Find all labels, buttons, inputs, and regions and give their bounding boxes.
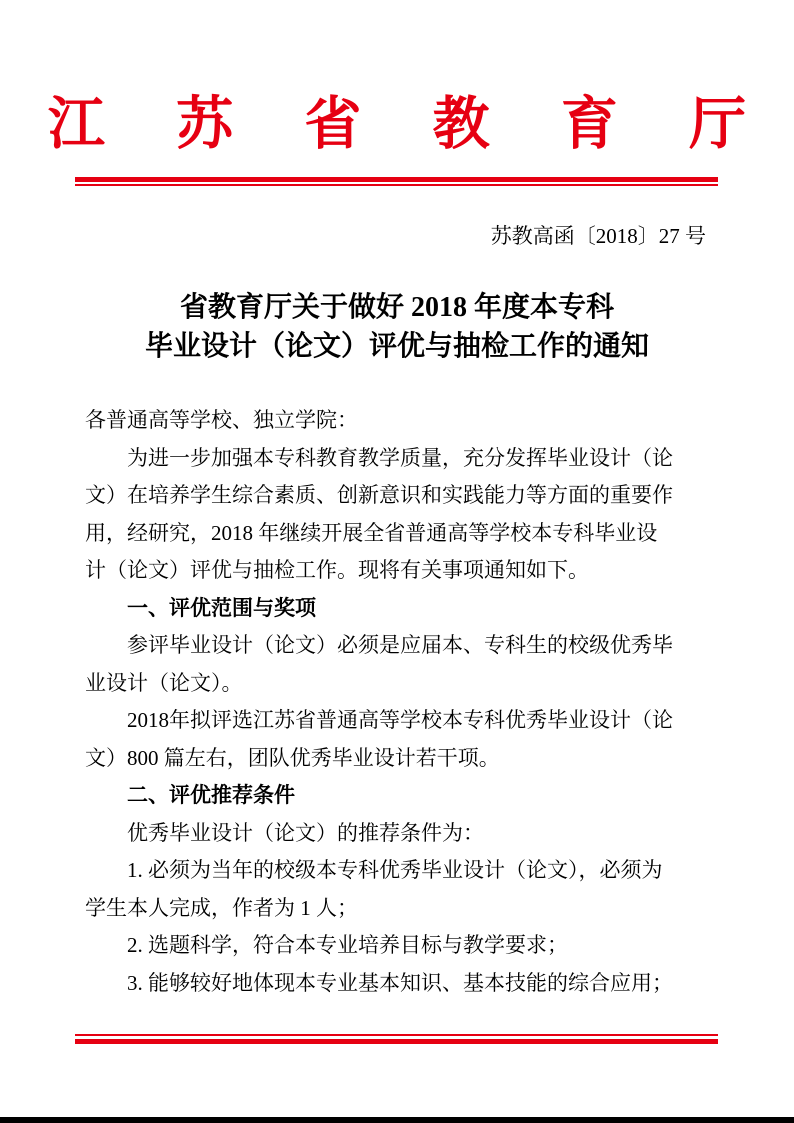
body-line: 文）800 篇左右，团队优秀毕业设计若干项。 bbox=[85, 740, 713, 778]
header-double-rule bbox=[75, 177, 718, 186]
body-line: 2018年拟评选江苏省普通高等学校本专科优秀毕业设计（论 bbox=[85, 702, 713, 740]
footer-double-rule bbox=[75, 1034, 718, 1044]
body-line: 用，经研究，2018 年继续开展全省普通高等学校本专科毕业设 bbox=[85, 515, 713, 553]
document-title-line-1: 省教育厅关于做好 2018 年度本专科 bbox=[0, 288, 794, 327]
document-page: 江 苏 省 教 育 厅 苏教高函〔2018〕27 号 省教育厅关于做好 2018… bbox=[0, 0, 794, 1123]
body-line: 文）在培养学生综合素质、创新意识和实践能力等方面的重要作 bbox=[85, 477, 713, 515]
letterhead-title: 江 苏 省 教 育 厅 bbox=[0, 88, 794, 162]
body-line: 3. 能够较好地体现本专业基本知识、基本技能的综合应用； bbox=[85, 965, 713, 1003]
section-heading-1: 一、评优范围与奖项 bbox=[85, 590, 713, 628]
salutation: 各普通高等学校、独立学院： bbox=[85, 402, 713, 440]
body-line: 计（论文）评优与抽检工作。现将有关事项通知如下。 bbox=[85, 552, 713, 590]
body-line: 1. 必须为当年的校级本专科优秀毕业设计（论文），必须为 bbox=[85, 852, 713, 890]
body-line: 参评毕业设计（论文）必须是应届本、专科生的校级优秀毕 bbox=[85, 627, 713, 665]
document-title-line-2: 毕业设计（论文）评优与抽检工作的通知 bbox=[0, 327, 794, 366]
page-bottom-edge bbox=[0, 1117, 794, 1123]
body-line: 业设计（论文）。 bbox=[85, 665, 713, 703]
document-title: 省教育厅关于做好 2018 年度本专科 毕业设计（论文）评优与抽检工作的通知 bbox=[0, 288, 794, 366]
body-line: 学生本人完成，作者为 1 人； bbox=[85, 890, 713, 928]
document-number: 苏教高函〔2018〕27 号 bbox=[75, 221, 706, 252]
document-body: 各普通高等学校、独立学院： 为进一步加强本专科教育教学质量，充分发挥毕业设计（论… bbox=[85, 402, 713, 1002]
body-line: 2. 选题科学，符合本专业培养目标与教学要求； bbox=[85, 927, 713, 965]
body-line: 为进一步加强本专科教育教学质量，充分发挥毕业设计（论 bbox=[85, 440, 713, 478]
body-line: 优秀毕业设计（论文）的推荐条件为： bbox=[85, 815, 713, 853]
section-heading-2: 二、评优推荐条件 bbox=[85, 777, 713, 815]
header-rule-thin-line bbox=[75, 184, 718, 186]
footer-rule-thick-line bbox=[75, 1039, 718, 1044]
